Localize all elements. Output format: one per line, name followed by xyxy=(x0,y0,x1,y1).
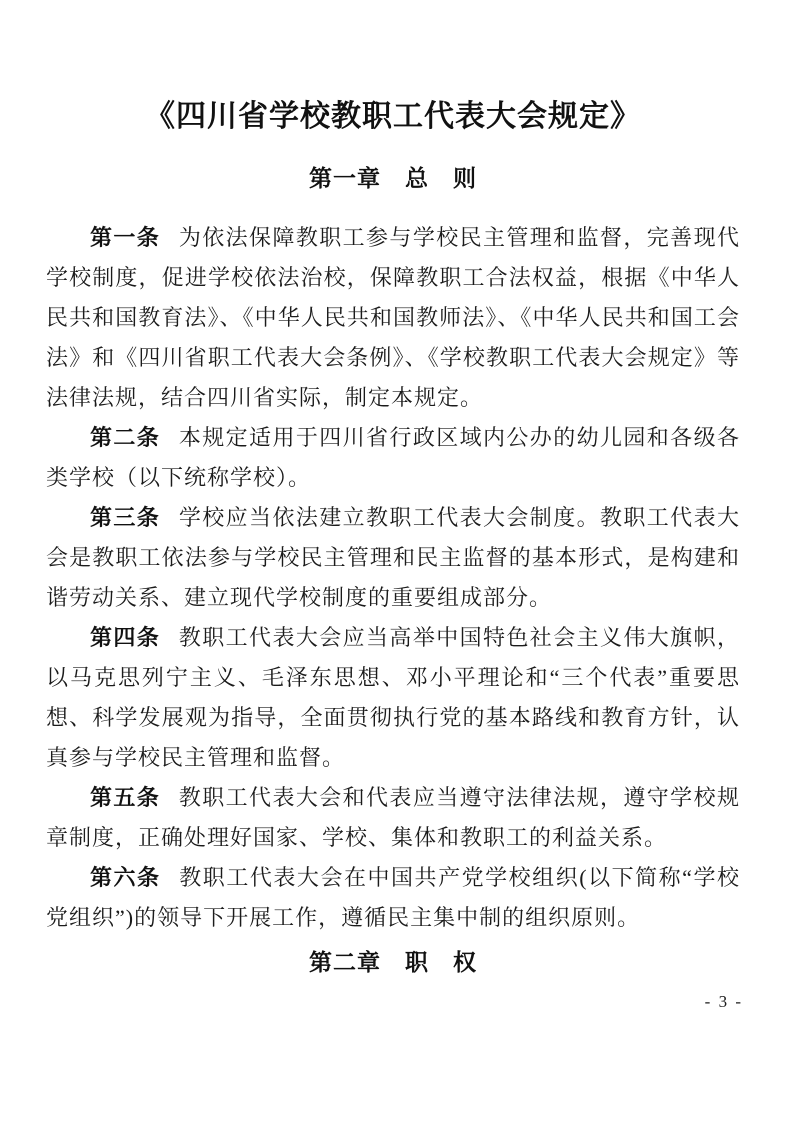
document-page: 《四川省学校教职工代表大会规定》 第一章 总 则 第一条为依法保障教职工参与学校… xyxy=(0,0,793,1122)
article-1-text: 为依法保障教职工参与学校民主管理和监督，完善现代学校制度，促进学校依法治校，保障… xyxy=(46,225,740,410)
article-5: 第五条教职工代表大会和代表应当遵守法律法规，遵守学校规章制度，正确处理好国家、学… xyxy=(46,778,740,858)
article-5-label: 第五条 xyxy=(90,785,160,810)
article-4-label: 第四条 xyxy=(90,625,160,650)
article-1-label: 第一条 xyxy=(90,225,160,250)
article-4: 第四条教职工代表大会应当高举中国特色社会主义伟大旗帜，以马克思列宁主义、毛泽东思… xyxy=(46,618,740,778)
articles-section: 第一条为依法保障教职工参与学校民主管理和监督，完善现代学校制度，促进学校依法治校… xyxy=(46,218,740,938)
chapter-1-heading: 第一章 总 则 xyxy=(46,164,740,192)
article-2-label: 第二条 xyxy=(90,425,160,450)
document-content: 《四川省学校教职工代表大会规定》 第一章 总 则 第一条为依法保障教职工参与学校… xyxy=(46,96,740,976)
article-3-label: 第三条 xyxy=(90,505,160,530)
document-title: 《四川省学校教职工代表大会规定》 xyxy=(46,96,740,138)
article-6-label: 第六条 xyxy=(90,865,161,890)
page-number: - 3 - xyxy=(705,992,743,1012)
chapter-2-heading: 第二章 职 权 xyxy=(46,948,740,976)
article-1: 第一条为依法保障教职工参与学校民主管理和监督，完善现代学校制度，促进学校依法治校… xyxy=(46,218,740,418)
article-3: 第三条学校应当依法建立教职工代表大会制度。教职工代表大会是教职工依法参与学校民主… xyxy=(46,498,740,618)
article-2: 第二条本规定适用于四川省行政区域内公办的幼儿园和各级各类学校（以下统称学校）。 xyxy=(46,418,740,498)
article-6: 第六条教职工代表大会在中国共产党学校组织(以下简称“学校党组织”)的领导下开展工… xyxy=(46,858,740,938)
